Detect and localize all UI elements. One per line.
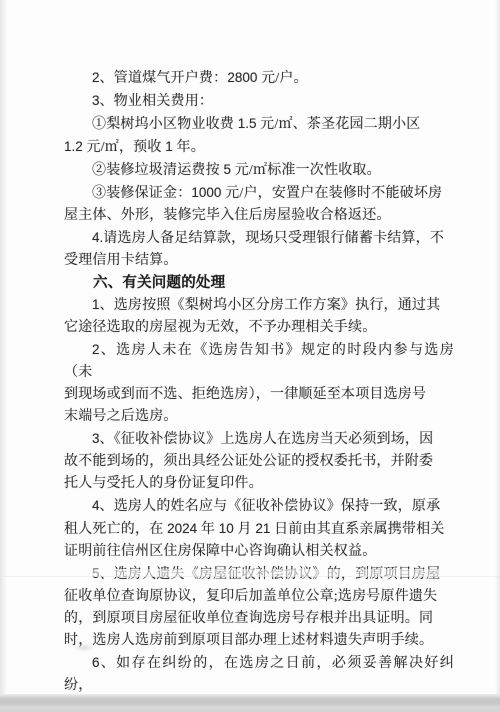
paragraph-rule-2: 2、选房人未在《选房告知书》规定的时段内参与选房（未 到现场或到而不选、拒绝选房… [64, 339, 454, 428]
paragraph-rule-6: 6、如存在纠纷的，在选房之日前，必须妥善解决好纠纷， [64, 652, 454, 697]
paragraph-rule-3: 3、《征收补偿协议》上选房人在选房当天必须到场，因 故不能到场的，须出具经公证处… [64, 428, 454, 495]
document-text: 2、管道煤气开户费：2800 元/户。 3、物业相关费用： ①梨树坞小区物业收费… [0, 0, 500, 712]
section-heading: 六、有关问题的处理 [64, 272, 454, 294]
paragraph-property-rate: ①梨树坞小区物业收费 1.5 元/㎡、茶圣花园二期小区 1.2 元/㎡，预收 1… [64, 113, 454, 159]
paragraph-rule-5: 5、选房人遗失《房屋征收补偿协议》的，到原项目房屋 征收单位查询原协议，复印后加… [64, 563, 454, 652]
paragraph-rule-1: 1、选房按照《梨树坞小区分房工作方案》执行，通过其 它途径选取的房屋视为无效，不… [64, 294, 454, 339]
scan-right-edge [495, 0, 500, 694]
scan-smudge-artifact [72, 643, 96, 652]
paragraph-deposit: ③装修保证金：1000 元/户，安置户在装修时不能破坏房 屋主体、外形，装修完毕… [64, 182, 454, 227]
document-page: 2、管道煤气开户费：2800 元/户。 3、物业相关费用： ①梨树坞小区物业收费… [0, 0, 500, 712]
paragraph-settlement: 4.请选房人备足结算款，现场只受理银行储蓄卡结算，不 受理信用卡结算。 [64, 227, 454, 272]
paragraph-property-fees: 3、物业相关费用： [64, 90, 454, 113]
paragraph-rule-4: 4、选房人的姓名应与《征收补偿协议》保持一致，原承 租人死亡的，在 2024 年… [64, 495, 454, 563]
paragraph-debris-fee: ②装修垃圾清运费按 5 元/㎡标准一次性收取。 [64, 159, 454, 182]
scan-left-edge [0, 0, 7, 694]
scan-bottom-edge [0, 694, 500, 712]
paragraph-gas-fee: 2、管道煤气开户费：2800 元/户。 [64, 67, 454, 90]
